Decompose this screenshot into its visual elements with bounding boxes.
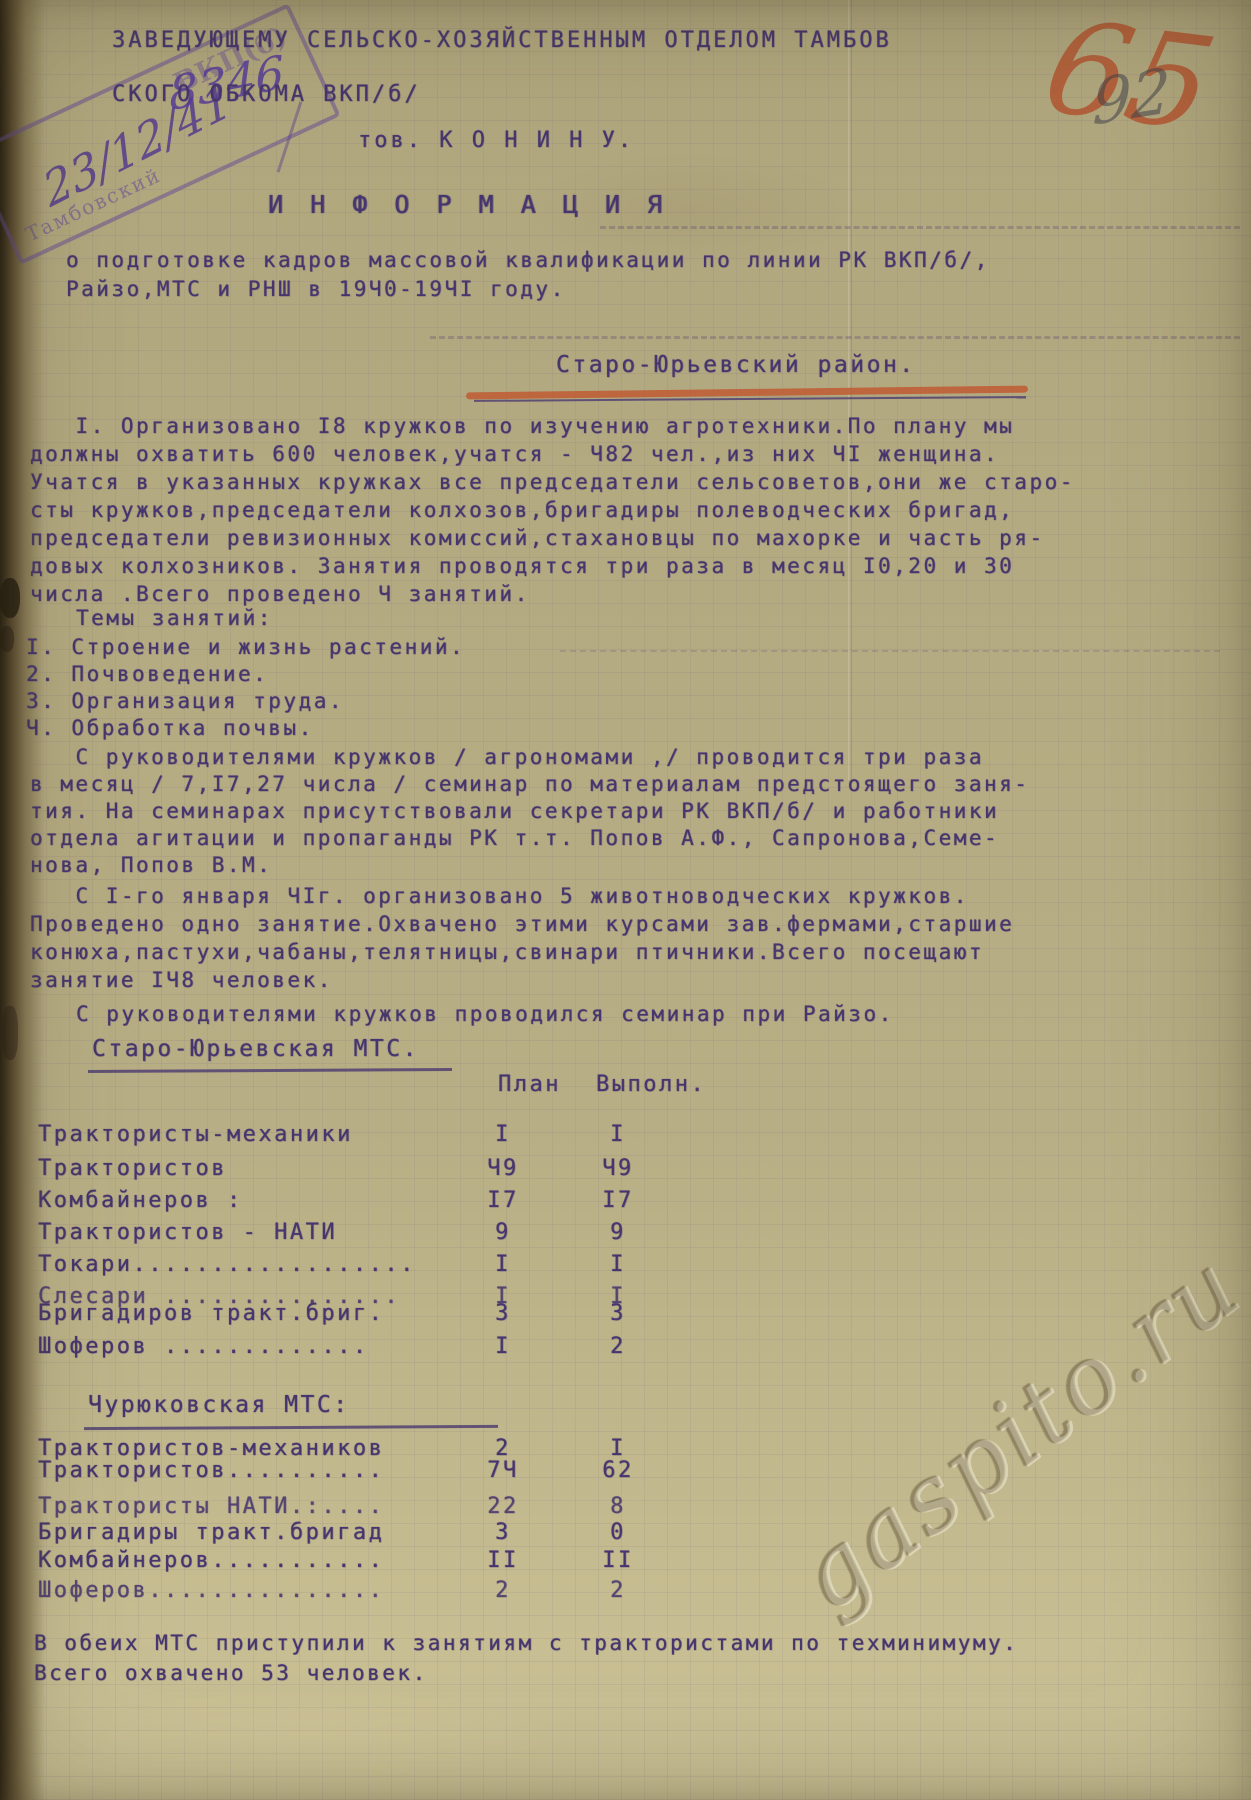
paper-tear-spot [2,1006,18,1060]
table-row: Бригадиры тракт.бригад 3 0 [38,1520,798,1550]
smudge-dashes [430,336,1240,339]
table-row: Трактористов.......... 7Ч 62 [38,1458,798,1488]
table-row: Токари.................. I I [38,1252,798,1282]
row-plan: 2 [448,1578,558,1603]
mts1-heading: Старо-Юрьевская МТС. [92,1036,419,1062]
table-row: Трактористы-механики I I [38,1122,798,1152]
row-label: Комбайнеров........... [38,1548,384,1573]
smudge-dashes [600,226,1240,229]
scanned-document-page: Тамбовский ВКП(б) 23/12/41 8346 65 92 ЗА… [0,0,1251,1800]
row-plan: 3 [448,1301,558,1326]
row-done: I7 [558,1188,678,1213]
document-title: И Н Ф О Р М А Ц И Я [268,190,668,219]
row-label: Токари.................. [38,1252,416,1277]
row-label: Трактористы НАТИ.:.... [38,1494,384,1519]
row-done: 9 [558,1220,678,1245]
addressee-name: тов. К О Н И Н У. [358,128,634,153]
paper-tear-spot [0,626,14,652]
mts1-underline [88,1068,452,1073]
smudge-dashes [560,650,1220,652]
row-label: Шоферов ............. [38,1334,369,1359]
addressee-line-2: СКОГО ОБКОМА ВКП/б/ [112,82,421,107]
row-done: 62 [558,1458,678,1483]
row-label: Шоферов............... [38,1578,384,1603]
archive-watermark: gaspito.ru [778,1136,1251,1632]
row-done: 3 [558,1301,678,1326]
row-plan: 9 [448,1220,558,1245]
row-plan: 22 [448,1494,558,1519]
row-plan: 3 [448,1520,558,1545]
row-label: Трактористы-механики [38,1122,353,1147]
paper-tear-spot [0,578,20,618]
pencil-page-number: 92 [1092,53,1171,139]
mts2-underline [84,1425,498,1430]
row-plan: I [448,1334,558,1359]
topics-heading: Темы занятий: [76,604,273,632]
row-plan: I [448,1252,558,1277]
row-done: II [558,1548,678,1573]
closing-paragraph: В обеих МТС приступили к занятиям с трак… [34,1628,1018,1688]
row-done: 2 [558,1334,678,1359]
table-row: Комбайнеров : I7 I7 [38,1188,798,1218]
topics-list: I. Строение и жизнь растений. 2. Почвове… [26,634,465,742]
row-label: Трактористов.......... [38,1458,384,1483]
column-header-plan: План [498,1072,561,1097]
document-subtitle: о подготовке кадров массовой квалификаци… [66,246,990,304]
row-done: 2 [558,1578,678,1603]
row-done: I [558,1252,678,1277]
row-label: Трактористов - НАТИ [38,1220,337,1245]
row-label: Бригадиров тракт.бриг. [38,1301,384,1326]
table-row: Трактористов - НАТИ 9 9 [38,1220,798,1250]
paragraph-rayzo: С руководителями кружков проводился семи… [76,1000,894,1028]
row-plan: I [448,1122,558,1147]
mts2-heading: Чурюковская МТС: [88,1392,350,1418]
row-plan: 7Ч [448,1458,558,1483]
row-label: Трактористов [38,1156,227,1181]
row-done: I [558,1122,678,1147]
table-row: Комбайнеров........... II II [38,1548,798,1578]
addressee-line-1: ЗАВЕДУЮЩЕМУ СЕЛЬСКО-ХОЗЯЙСТВЕННЫМ ОТДЕЛО… [112,28,892,53]
paragraph-livestock: С I-го января ЧIг. организовано 5 животн… [30,882,1014,994]
table-row: Шоферов............... 2 2 [38,1578,798,1608]
row-done: Ч9 [558,1156,678,1181]
table-row: Бригадиров тракт.бриг. 3 3 [38,1301,798,1331]
row-plan: Ч9 [448,1156,558,1181]
row-done: 8 [558,1494,678,1519]
column-header-done: Выполн. [596,1072,706,1097]
paper-stain [60,1690,560,1780]
row-label: Бригадиры тракт.бригад [38,1520,384,1545]
table-row: Трактористов Ч9 Ч9 [38,1156,798,1186]
row-plan: I7 [448,1188,558,1213]
paragraph-seminars: С руководителями кружков / агрономами ,/… [30,744,1029,879]
row-done: 0 [558,1520,678,1545]
row-plan: II [448,1548,558,1573]
district-heading: Старо-Юрьевский район. [556,352,916,378]
row-label: Комбайнеров : [38,1188,243,1213]
table-row: Шоферов ............. I 2 [38,1334,798,1364]
paragraph-circles: I. Организовано I8 кружков по изучению а… [30,412,1075,608]
